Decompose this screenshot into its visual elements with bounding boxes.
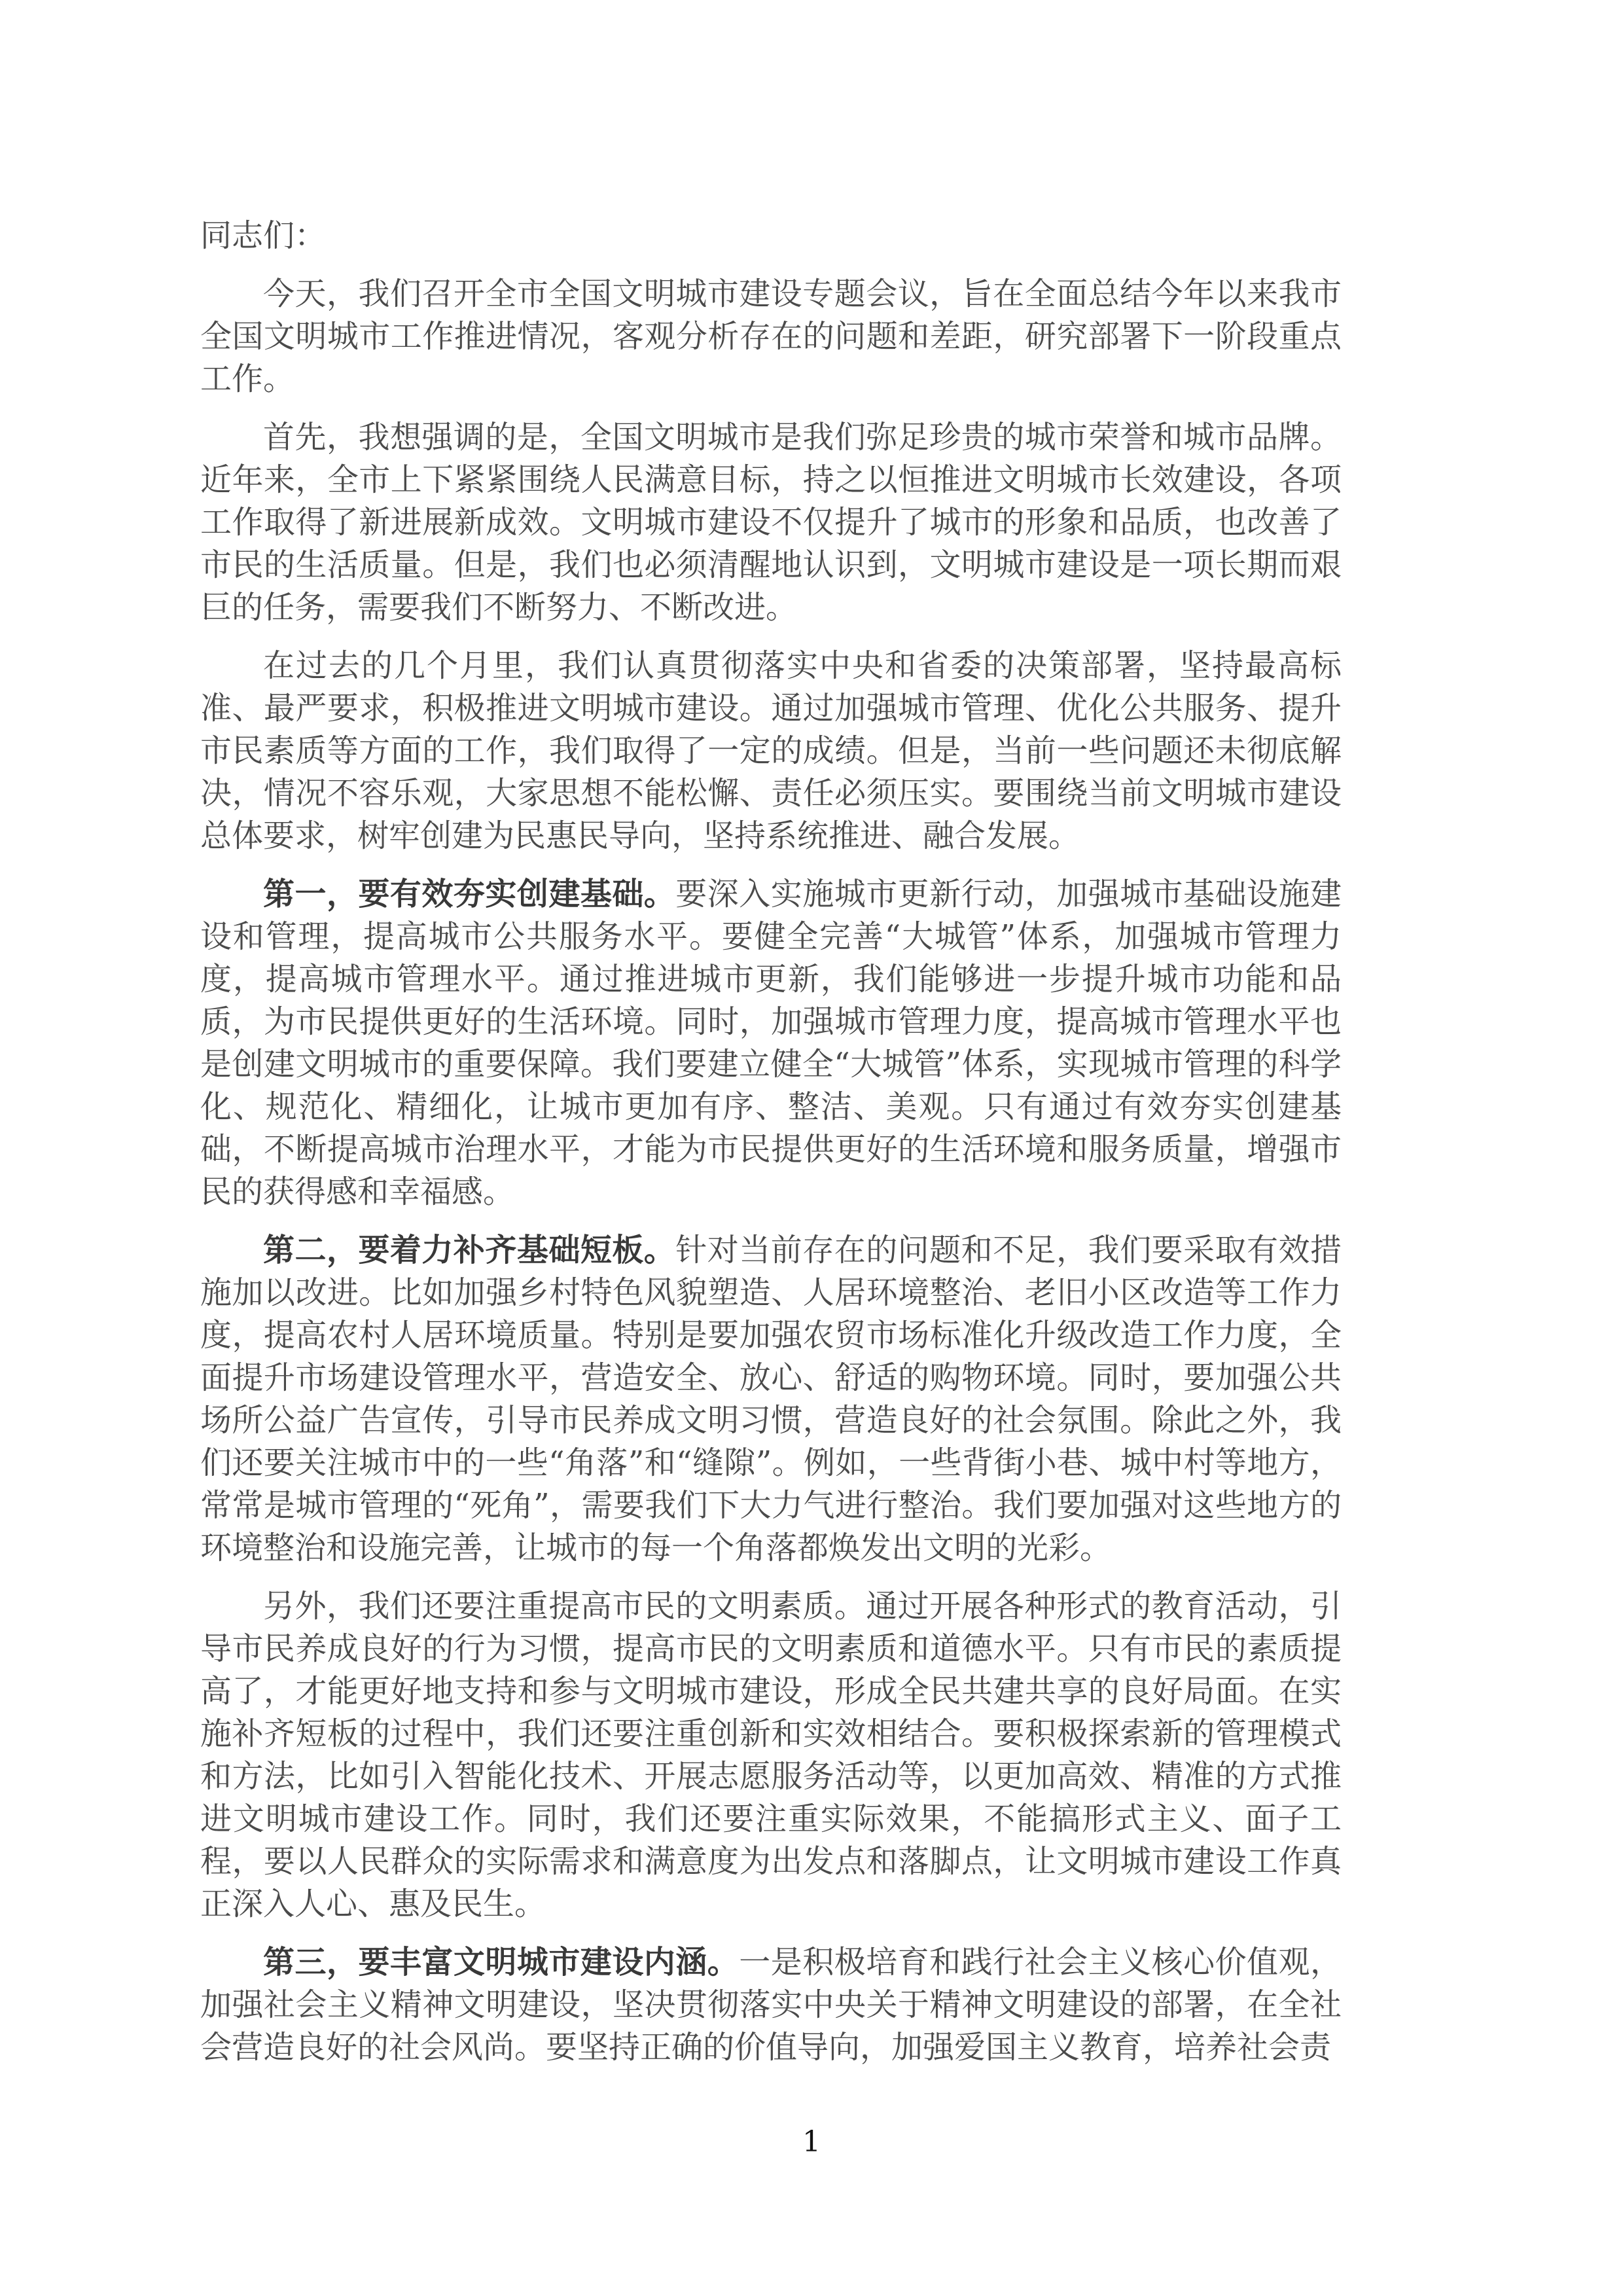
page-number: 1 [0,2126,1623,2159]
paragraph: 另外，我们还要注重提高市民的文明素质。通过开展各种形式的教育活动，引导市民养成良… [200,1585,1342,1926]
document-body: 今天，我们召开全市全国文明城市建设专题会议，旨在全面总结今年以来我市全国文明城市… [200,273,1342,2069]
salutation: 同志们： [200,215,1342,257]
paragraph-lead: 第三，要丰富文明城市建设内涵。 [263,1944,739,1981]
paragraph: 第一，要有效夯实创建基础。要深入实施城市更新行动，加强城市基础设施建设和管理，提… [200,873,1342,1213]
paragraph: 在过去的几个月里，我们认真贯彻落实中央和省委的决策部署，坚持最高标准、最严要求，… [200,645,1342,857]
paragraph: 第三，要丰富文明城市建设内涵。一是积极培育和践行社会主义核心价值观，加强社会主义… [200,1941,1342,2069]
paragraph-lead: 第二，要着力补齐基础短板。 [263,1232,675,1268]
document-page: 同志们： 今天，我们召开全市全国文明城市建设专题会议，旨在全面总结今年以来我市全… [0,0,1623,2296]
paragraph: 首先，我想强调的是，全国文明城市是我们弥足珍贵的城市荣誉和城市品牌。近年来，全市… [200,416,1342,629]
paragraph: 第二，要着力补齐基础短板。针对当前存在的问题和不足，我们要采取有效措施加以改进。… [200,1229,1342,1570]
paragraph-lead: 第一，要有效夯实创建基础。 [263,876,675,912]
paragraph: 今天，我们召开全市全国文明城市建设专题会议，旨在全面总结今年以来我市全国文明城市… [200,273,1342,401]
